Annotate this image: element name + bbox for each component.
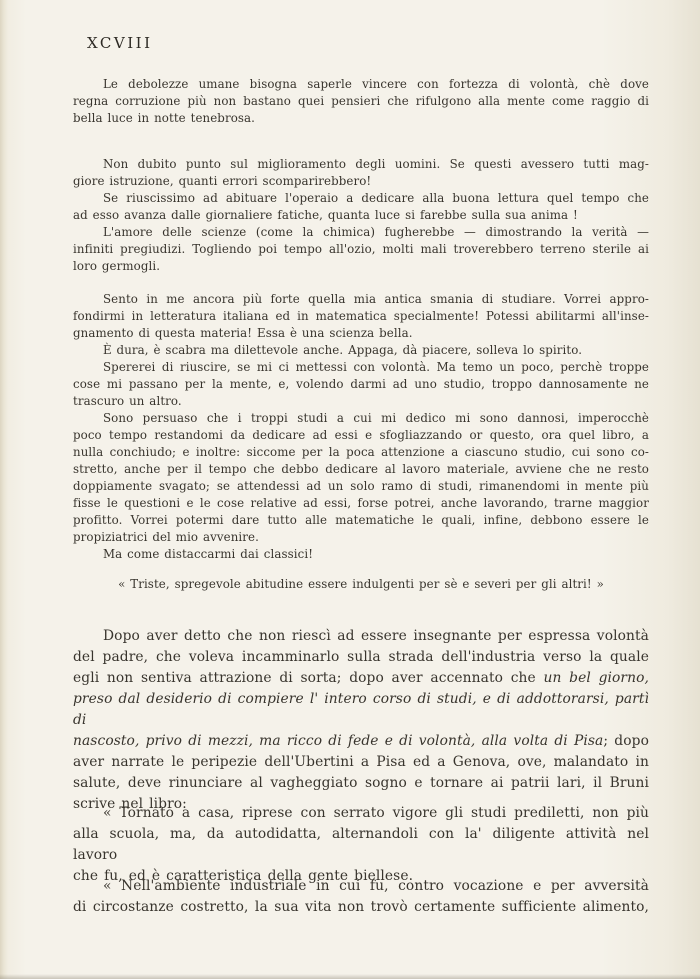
text-segment: loro germogli. <box>73 259 160 273</box>
text-line: cose mi passano per la mente, e, volendo… <box>73 376 649 393</box>
text-line: Sento in me ancora più forte quella mia … <box>73 291 649 308</box>
text-line: infiniti pregiudizi. Togliendo poi tempo… <box>73 241 649 258</box>
text-segment: poco tempo restandomi da dedicare ad ess… <box>73 428 649 442</box>
text-segment: alla scuola, ma, da autodidatta, alterna… <box>73 826 649 863</box>
text-segment: propiziatrici del mio avvenire. <box>73 530 259 544</box>
text-segment: bella luce in notte tenebrosa. <box>73 111 255 125</box>
book-quote-2: « Nell'ambiente industriale in cui fu, c… <box>73 876 649 918</box>
text-line: Sono persuaso che i troppi studi a cui m… <box>73 410 649 427</box>
diary-excerpt-1: Le debolezze umane bisogna saperle vince… <box>73 76 649 127</box>
text-segment: « Tornato a casa, riprese con serrato vi… <box>103 805 649 821</box>
text-line: « Tornato a casa, riprese con serrato vi… <box>73 803 649 824</box>
text-segment: Sono persuaso che i troppi studi a cui m… <box>103 411 649 425</box>
text-segment: giore istruzione, quanti errori scompari… <box>73 174 371 188</box>
text-line: alla scuola, ma, da autodidatta, alterna… <box>73 824 649 866</box>
diary-excerpt-3: Sento in me ancora più forte quella mia … <box>73 291 649 563</box>
text-line: fisse le questioni e le cose relative ad… <box>73 495 649 512</box>
text-line: trascuro un altro. <box>73 393 649 410</box>
text-segment: L'amore delle scienze (come la chimica) … <box>103 225 649 239</box>
text-line: salute, deve rinunciare al vagheggiato s… <box>73 773 649 794</box>
text-line: loro germogli. <box>73 258 649 275</box>
text-line: « Triste, spregevole abitudine essere in… <box>73 576 649 593</box>
text-segment: di circostanze costretto, la sua vita no… <box>73 899 649 915</box>
text-segment: del padre, che voleva incamminarlo sulla… <box>73 649 649 665</box>
text-segment: « Triste, spregevole abitudine essere in… <box>118 577 604 591</box>
text-line: giore istruzione, quanti errori scompari… <box>73 173 649 190</box>
text-line: Dopo aver detto che non riescì ad essere… <box>73 626 649 647</box>
text-line: Spererei di riuscire, se mi ci mettessi … <box>73 359 649 376</box>
book-page: XCVIII Le debolezze umane bisogna saperl… <box>0 0 700 979</box>
text-line: doppiamente svagato; se attendessi ad un… <box>73 478 649 495</box>
text-line: nulla conchiudo; e inoltre: siccome per … <box>73 444 649 461</box>
book-quote-1: « Tornato a casa, riprese con serrato vi… <box>73 803 649 887</box>
text-segment: Ma come distaccarmi dai classici! <box>103 547 313 561</box>
text-segment: infiniti pregiudizi. Togliendo poi tempo… <box>73 242 649 256</box>
text-line: regna corruzione più non bastano quei pe… <box>73 93 649 110</box>
text-segment: « Nell'ambiente industriale in cui fu, c… <box>103 878 649 894</box>
italic-text-segment: nascosto, privo di mezzi, ma ricco di fe… <box>73 733 603 749</box>
text-segment: profitto. Vorrei potermi dare tutto alle… <box>73 513 649 527</box>
text-line: propiziatrici del mio avvenire. <box>73 529 649 546</box>
text-line: Le debolezze umane bisogna saperle vince… <box>73 76 649 93</box>
text-line: profitto. Vorrei potermi dare tutto alle… <box>73 512 649 529</box>
text-line: bella luce in notte tenebrosa. <box>73 110 649 127</box>
text-line: aver narrate le peripezie dell'Ubertini … <box>73 752 649 773</box>
text-line: di circostanze costretto, la sua vita no… <box>73 897 649 918</box>
text-line: gnamento di questa materia! Essa è una s… <box>73 325 649 342</box>
text-segment: Se riuscissimo ad abituare l'operaio a d… <box>103 191 649 205</box>
italic-text-segment: un bel giorno, <box>544 670 650 686</box>
text-segment: Sento in me ancora più forte quella mia … <box>103 292 649 306</box>
text-line: ad esso avanza dalle giornaliere fatiche… <box>73 207 649 224</box>
text-segment: salute, deve rinunciare al vagheggiato s… <box>73 775 649 791</box>
text-segment: doppiamente svagato; se attendessi ad un… <box>73 479 649 493</box>
text-line: nascosto, privo di mezzi, ma ricco di fe… <box>73 731 649 752</box>
text-line: È dura, è scabra ma dilettevole anche. A… <box>73 342 649 359</box>
text-line: poco tempo restandomi da dedicare ad ess… <box>73 427 649 444</box>
text-line: del padre, che voleva incamminarlo sulla… <box>73 647 649 668</box>
text-segment: stretto, anche per il tempo che debbo de… <box>73 462 649 476</box>
text-segment: ; dopo <box>603 733 649 749</box>
text-line: L'amore delle scienze (come la chimica) … <box>73 224 649 241</box>
text-segment: fondirmi in letteratura italiana ed in m… <box>73 309 649 323</box>
diary-quote: « Triste, spregevole abitudine essere in… <box>73 576 649 593</box>
text-segment: ad esso avanza dalle giornaliere fatiche… <box>73 208 578 222</box>
diary-excerpt-2: Non dubito punto sul miglioramento degli… <box>73 156 649 275</box>
text-segment: Dopo aver detto che non riescì ad essere… <box>103 628 649 644</box>
text-segment: nulla conchiudo; e inoltre: siccome per … <box>73 445 649 459</box>
text-segment: cose mi passano per la mente, e, volendo… <box>73 377 649 391</box>
text-segment: egli non sentiva attrazione di sorta; do… <box>73 670 544 686</box>
text-segment: Le debolezze umane bisogna saperle vince… <box>103 77 649 91</box>
text-line: stretto, anche per il tempo che debbo de… <box>73 461 649 478</box>
text-line: preso dal desiderio di compiere l' inter… <box>73 689 649 731</box>
text-segment: trascuro un altro. <box>73 394 182 408</box>
text-segment: Spererei di riuscire, se mi ci mettessi … <box>103 360 649 374</box>
text-segment: È dura, è scabra ma dilettevole anche. A… <box>103 343 582 357</box>
text-line: Ma come distaccarmi dai classici! <box>73 546 649 563</box>
page-number: XCVIII <box>87 34 153 52</box>
text-line: egli non sentiva attrazione di sorta; do… <box>73 668 649 689</box>
text-line: « Nell'ambiente industriale in cui fu, c… <box>73 876 649 897</box>
italic-text-segment: preso dal desiderio di compiere l' inter… <box>73 691 649 728</box>
commentary-paragraph: Dopo aver detto che non riescì ad essere… <box>73 626 649 815</box>
text-segment: aver narrate le peripezie dell'Ubertini … <box>73 754 649 770</box>
text-segment: Non dubito punto sul miglioramento degli… <box>103 157 649 171</box>
text-line: Se riuscissimo ad abituare l'operaio a d… <box>73 190 649 207</box>
text-segment: gnamento di questa materia! Essa è una s… <box>73 326 413 340</box>
text-segment: regna corruzione più non bastano quei pe… <box>73 94 649 108</box>
text-line: fondirmi in letteratura italiana ed in m… <box>73 308 649 325</box>
text-segment: fisse le questioni e le cose relative ad… <box>73 496 649 510</box>
text-line: Non dubito punto sul miglioramento degli… <box>73 156 649 173</box>
